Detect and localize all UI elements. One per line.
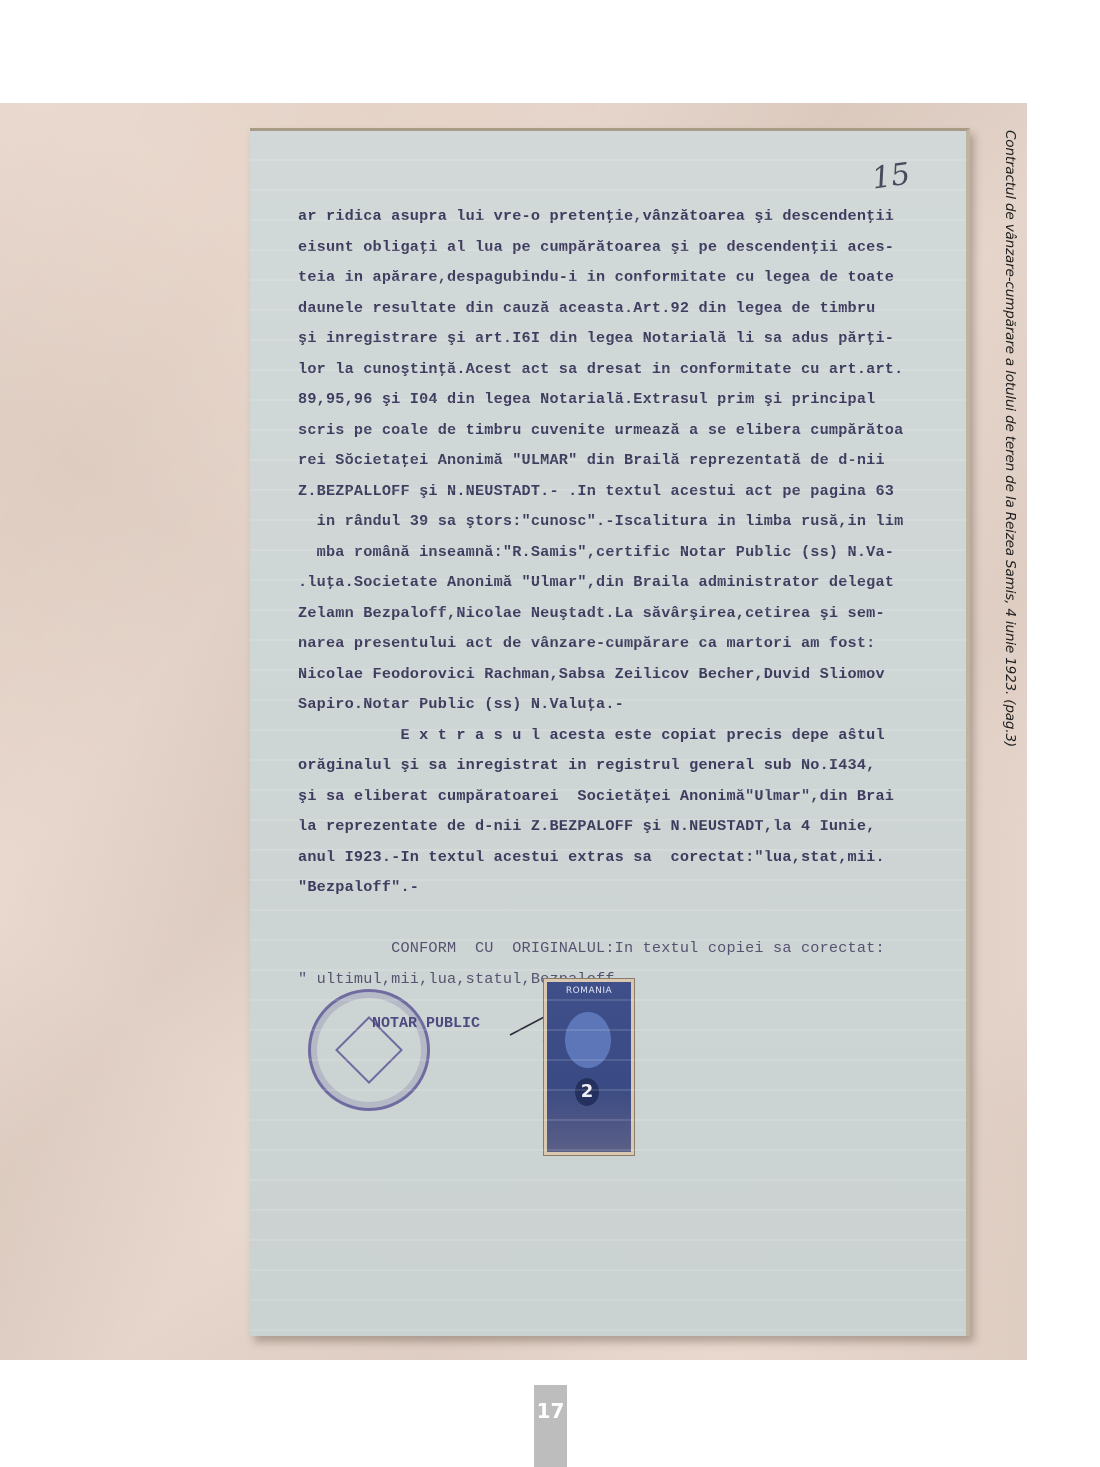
typed-line: Zelamn Bezpaloff,Nicolae Neuştadt.La săv… (298, 598, 958, 629)
stamp-portrait-icon (565, 1012, 611, 1068)
typed-line: anul I923.-In textul acestui extras sa c… (298, 842, 958, 873)
typed-line: mba română inseamnă:"R.Samis",certific N… (298, 537, 958, 568)
signature-area: NOTAR PUBLIC ROMANIA 2 (298, 979, 958, 1179)
typed-line: lor la cunoştinţă.Acest act sa dresat in… (298, 354, 958, 385)
figure-caption: Contractul de vânzare-cumpărare a lotulu… (992, 130, 1018, 830)
typed-line: orăginalul şi sa inregistrat in registru… (298, 750, 958, 781)
stamp-value: 2 (575, 1078, 599, 1106)
typed-line: scris pe coale de timbru cuvenite urmeaz… (298, 415, 958, 446)
typed-line: teia in apărare,despagubindu-i in confor… (298, 262, 958, 293)
typed-line: la reprezentate de d-nii Z.BEZPALOFF şi … (298, 811, 958, 842)
typed-line: .luţa.Societate Anonimă "Ulmar",din Brai… (298, 567, 958, 598)
typed-line: CONFORM CU ORIGINALUL:In textul copiei s… (298, 933, 958, 964)
typed-line: Sapiro.Notar Public (ss) N.Valuţa.- (298, 689, 958, 720)
typed-line: 89,95,96 şi I04 din legea Notarială.Extr… (298, 384, 958, 415)
typed-line: Z.BEZPALLOFF şi N.NEUSTADT.- .In textul … (298, 476, 958, 507)
page-number-tab: 17 (534, 1385, 567, 1467)
handwritten-page-mark: 15 (870, 157, 913, 197)
typed-line: narea presentului act de vânzare-cumpăra… (298, 628, 958, 659)
typed-line: Nicolae Feodorovici Rachman,Sabsa Zeilic… (298, 659, 958, 690)
typed-line: E x t r a s u l acesta este copiat preci… (298, 720, 958, 751)
typed-line: ar ridica asupra lui vre-o pretenţie,vân… (298, 201, 958, 232)
typed-line: eisunt obligaţi al lua pe cumpărătoarea … (298, 232, 958, 263)
typed-line: in rândul 39 sa ştors:"cunosc".-Iscalitu… (298, 506, 958, 537)
typed-line: şi inregistrare şi art.I6I din legea Not… (298, 323, 958, 354)
notary-seal-icon (308, 989, 430, 1111)
typed-line: şi sa eliberat cumpăratoarei Societăţei … (298, 781, 958, 812)
typed-line (298, 903, 958, 934)
notary-public-label: NOTAR PUBLIC (372, 1015, 480, 1032)
revenue-stamp: ROMANIA 2 (544, 979, 634, 1155)
typed-line: rei Sŏcietaţei Anonimă "ULMAR" din Brail… (298, 445, 958, 476)
scanned-contract-page: 15 ar ridica asupra lui vre-o pretenţie,… (250, 128, 970, 1336)
page-number: 17 (534, 1399, 567, 1423)
typed-line: daunele resultate din cauză aceasta.Art.… (298, 293, 958, 324)
typewritten-text-body: ar ridica asupra lui vre-o pretenţie,vân… (298, 201, 958, 994)
typed-line: "Bezpaloff".- (298, 872, 958, 903)
stamp-country-text: ROMANIA (547, 986, 631, 996)
